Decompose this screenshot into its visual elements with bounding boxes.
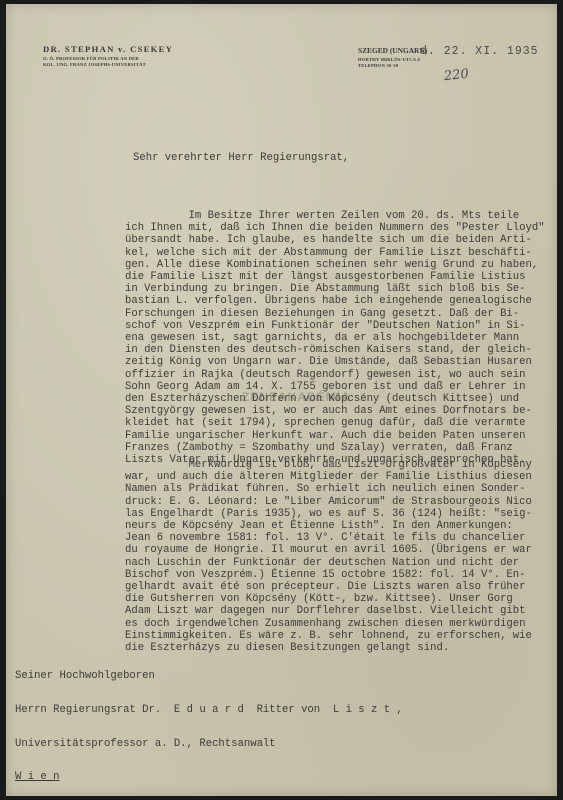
sender-city: SZEGED (UNGARN) (358, 46, 427, 55)
sender-title-2: KGL. UNG. FRANZ JOSEPHS-UNIVERSITÄT (43, 62, 173, 68)
body-paragraph-2: Merkwürdig ist bloß, daß Liszt Urgroßvat… (125, 459, 532, 654)
recipient-line-3: Universitätsprofessor a. D., Rechtsanwal… (15, 739, 403, 750)
recipient-block: Seiner Hochwohlgeboren Herrn Regierungsr… (15, 649, 403, 800)
letter-date: d. 22. XI. 1935 (420, 45, 539, 58)
sender-name: DR. STEPHAN v. CSEKEY (43, 44, 173, 54)
sender-telephone: TELEPHON 30-30 (358, 63, 427, 69)
recipient-city: W i e n (15, 772, 403, 783)
letterhead-sender: DR. STEPHAN v. CSEKEY O. Ö. PROFESSOR FÜ… (43, 44, 173, 68)
recipient-line-1: Seiner Hochwohlgeboren (15, 671, 403, 682)
letterhead-address: SZEGED (UNGARN) HORTHY MIKLÓS-UTCA 4 TEL… (358, 46, 427, 69)
body-paragraph-1: Im Besitze Ihrer werten Zeilen vom 20. d… (125, 210, 545, 466)
letter-page: DR. STEPHAN v. CSEKEY O. Ö. PROFESSOR FÜ… (6, 4, 557, 796)
recipient-line-2: Herrn Regierungsrat Dr. E d u a r d Ritt… (15, 705, 403, 716)
salutation: Sehr verehrter Herr Regierungsrat, (133, 152, 349, 164)
archive-stamp: ZENEAKADÉMIA (242, 390, 351, 404)
archive-number: 220 (443, 67, 469, 85)
